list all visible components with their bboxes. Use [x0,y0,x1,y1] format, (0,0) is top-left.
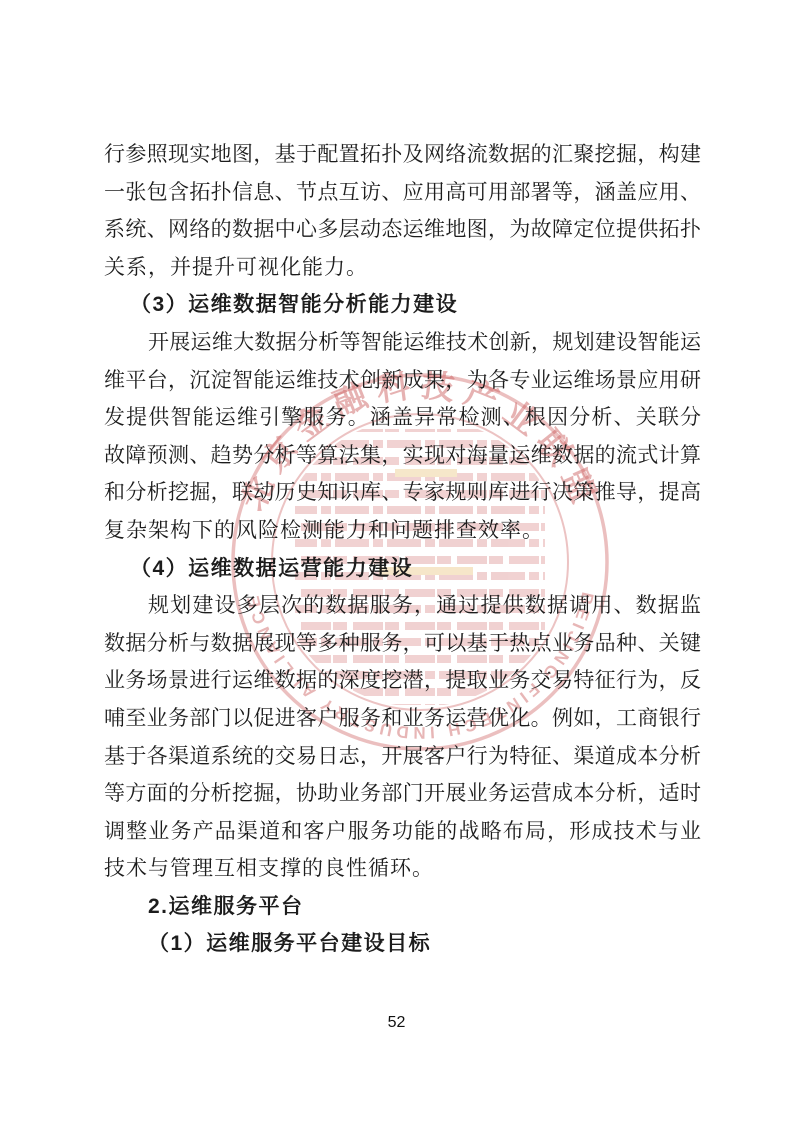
body-line: 数据分析与数据展现等多种服务，可以基于热点业务品种、关键 [104,625,701,663]
heading-chapter-2: 2.运维服务平台 [104,888,701,926]
body-line: 等方面的分析挖掘，协助业务部门开展业务运营成本分析，适时 [104,775,701,813]
body-line: 基于各渠道系统的交易日志，开展客户行为特征、渠道成本分析 [104,738,701,776]
body-line: 行参照现实地图，基于配置拓扑及网络流数据的汇聚挖掘，构建 [104,136,701,174]
body-line: 调整业务产品渠道和客户服务功能的战略布局，形成技术与业务、 [104,813,701,851]
body-line: 维平台，沉淀智能运维技术创新成果，为各专业运维场景应用研 [104,362,701,400]
heading-section-3: （3）运维数据智能分析能力建设 [104,286,701,324]
body-line: 发提供智能运维引擎服务。涵盖异常检测、根因分析、关联分析、 [104,399,701,437]
document-page: 北京金融科技产业联盟 BEIJING FINTECH INDUSTRY ALLI… [0,0,793,1122]
body-line: 和分析挖掘，联动历史知识库、专家规则库进行决策推导，提高 [104,474,701,512]
body-line: 技术与管理互相支撑的良性循环。 [104,850,701,888]
text-block: 行参照现实地图，基于配置拓扑及网络流数据的汇聚挖掘，构建 一张包含拓扑信息、节点… [104,136,701,963]
body-line: 哺至业务部门以促进客户服务和业务运营优化。例如，工商银行 [104,700,701,738]
body-line: 业务场景进行运维数据的深度挖潜，提取业务交易特征行为，反 [104,662,701,700]
body-line: 系统、网络的数据中心多层动态运维地图，为故障定位提供拓扑 [104,211,701,249]
heading-section-4: （4）运维数据运营能力建设 [104,550,701,588]
heading-section-1: （1）运维服务平台建设目标 [104,925,701,963]
body-line: 规划建设多层次的数据服务，通过提供数据调用、数据监控、 [104,587,701,625]
page-number: 52 [0,1014,793,1032]
body-line: 开展运维大数据分析等智能运维技术创新，规划建设智能运 [104,324,701,362]
body-line: 关系，并提升可视化能力。 [104,249,701,287]
body-line: 一张包含拓扑信息、节点互访、应用高可用部署等，涵盖应用、 [104,174,701,212]
body-line: 故障预测、趋势分析等算法集，实现对海量运维数据的流式计算 [104,437,701,475]
body-line: 复杂架构下的风险检测能力和问题排查效率。 [104,512,701,550]
